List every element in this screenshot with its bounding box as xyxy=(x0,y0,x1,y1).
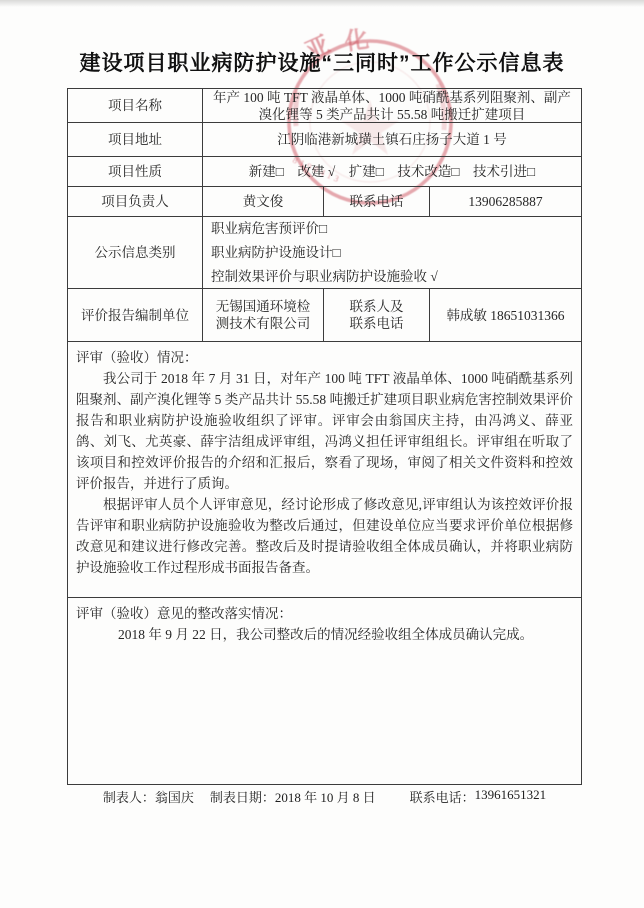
page-title: 建设项目职业病防护设施“三同时”工作公示信息表 xyxy=(0,47,644,77)
project-leader-row: 项目负责人 黄文俊 联系电话 13906285887 xyxy=(68,187,581,217)
info-table: 项目名称 年产 100 吨 TFT 液晶单体、1000 吨硝酰基系列阻聚剂、副产… xyxy=(67,88,582,785)
report-org-name: 无锡国通环境检 测技术有限公司 xyxy=(203,289,324,341)
project-nature-row: 项目性质 新建□ 改建 √ 扩建□ 技术改造□ 技术引进□ xyxy=(68,157,581,187)
project-name-row: 项目名称 年产 100 吨 TFT 液晶单体、1000 吨硝酰基系列阻聚剂、副产… xyxy=(68,89,581,123)
project-nature-label: 项目性质 xyxy=(68,157,203,186)
project-address-row: 项目地址 江阴临港新城璜土镇石庄扬子大道 1 号 xyxy=(68,123,581,157)
project-address-label: 项目地址 xyxy=(68,123,203,156)
date-value: 2018 年 10 月 8 日 xyxy=(275,787,376,806)
footer-spacer xyxy=(376,787,410,806)
info-category-options: 职业病危害预评价□ 职业病防护设施设计□ 控制效果评价与职业病防护设施验收 √ xyxy=(203,217,581,288)
document-page: 亚 化 8190413 建设项目职业病防护设施“三同时”工作公示信息表 项目名称… xyxy=(0,0,644,908)
info-category-row: 公示信息类别 职业病危害预评价□ 职业病防护设施设计□ 控制效果评价与职业病防护… xyxy=(68,217,581,289)
footer-phone-label: 联系电话： xyxy=(410,787,475,806)
rectification-section-row: 评审（验收）意见的整改落实情况： 2018 年 9 月 22 日，我公司整改后的… xyxy=(68,598,581,784)
option-pre-evaluation: 职业病危害预评价□ xyxy=(211,217,327,241)
review-paragraph-2: 根据评审人员个人评审意见，经讨论形成了修改意见,评审组认为该控效评价报告评审和职… xyxy=(76,494,573,578)
leader-phone-label: 联系电话 xyxy=(324,187,430,216)
report-org-row: 评价报告编制单位 无锡国通环境检 测技术有限公司 联系人及 联系电话 韩成敏 1… xyxy=(68,289,581,342)
rectification-body: 2018 年 9 月 22 日，我公司整改后的情况经验收组全体成员确认完成。 xyxy=(76,624,573,645)
project-name-label: 项目名称 xyxy=(68,89,203,122)
project-name-value: 年产 100 吨 TFT 液晶单体、1000 吨硝酰基系列阻聚剂、副产 溴化锂等… xyxy=(203,89,581,122)
review-heading: 评审（验收）情况： xyxy=(76,347,573,368)
info-category-label: 公示信息类别 xyxy=(68,217,203,288)
scan-shadow-edge xyxy=(0,0,644,7)
option-facility-design: 职业病防护设施设计□ xyxy=(211,241,341,265)
project-leader-name: 黄文俊 xyxy=(203,187,324,216)
preparer-name: 翁国庆 xyxy=(155,787,194,806)
leader-phone-value: 13906285887 xyxy=(430,187,581,216)
rectification-section: 评审（验收）意见的整改落实情况： 2018 年 9 月 22 日，我公司整改后的… xyxy=(68,598,581,784)
rectification-heading: 评审（验收）意见的整改落实情况： xyxy=(76,603,573,624)
project-leader-label: 项目负责人 xyxy=(68,187,203,216)
footer-spacer xyxy=(194,787,210,806)
contact-person-label: 联系人及 联系电话 xyxy=(324,289,430,341)
review-paragraph-1: 我公司于 2018 年 7 月 31 日，对年产 100 吨 TFT 液晶单体、… xyxy=(76,368,573,494)
contact-person-value: 韩成敏 18651031366 xyxy=(430,289,581,341)
review-section-row: 评审（验收）情况： 我公司于 2018 年 7 月 31 日，对年产 100 吨… xyxy=(68,342,581,598)
project-address-value: 江阴临港新城璜土镇石庄扬子大道 1 号 xyxy=(203,123,581,156)
report-org-label: 评价报告编制单位 xyxy=(68,289,203,341)
project-nature-value: 新建□ 改建 √ 扩建□ 技术改造□ 技术引进□ xyxy=(203,157,581,186)
option-control-effect-acceptance: 控制效果评价与职业病防护设施验收 √ xyxy=(211,265,438,289)
table-footer: 制表人：翁国庆 制表日期：2018 年 10 月 8 日 联系电话：139616… xyxy=(67,787,582,806)
review-section: 评审（验收）情况： 我公司于 2018 年 7 月 31 日，对年产 100 吨… xyxy=(68,342,581,597)
footer-phone-value: 13961651321 xyxy=(475,787,547,806)
date-label: 制表日期： xyxy=(210,787,275,806)
preparer-label: 制表人： xyxy=(103,787,155,806)
